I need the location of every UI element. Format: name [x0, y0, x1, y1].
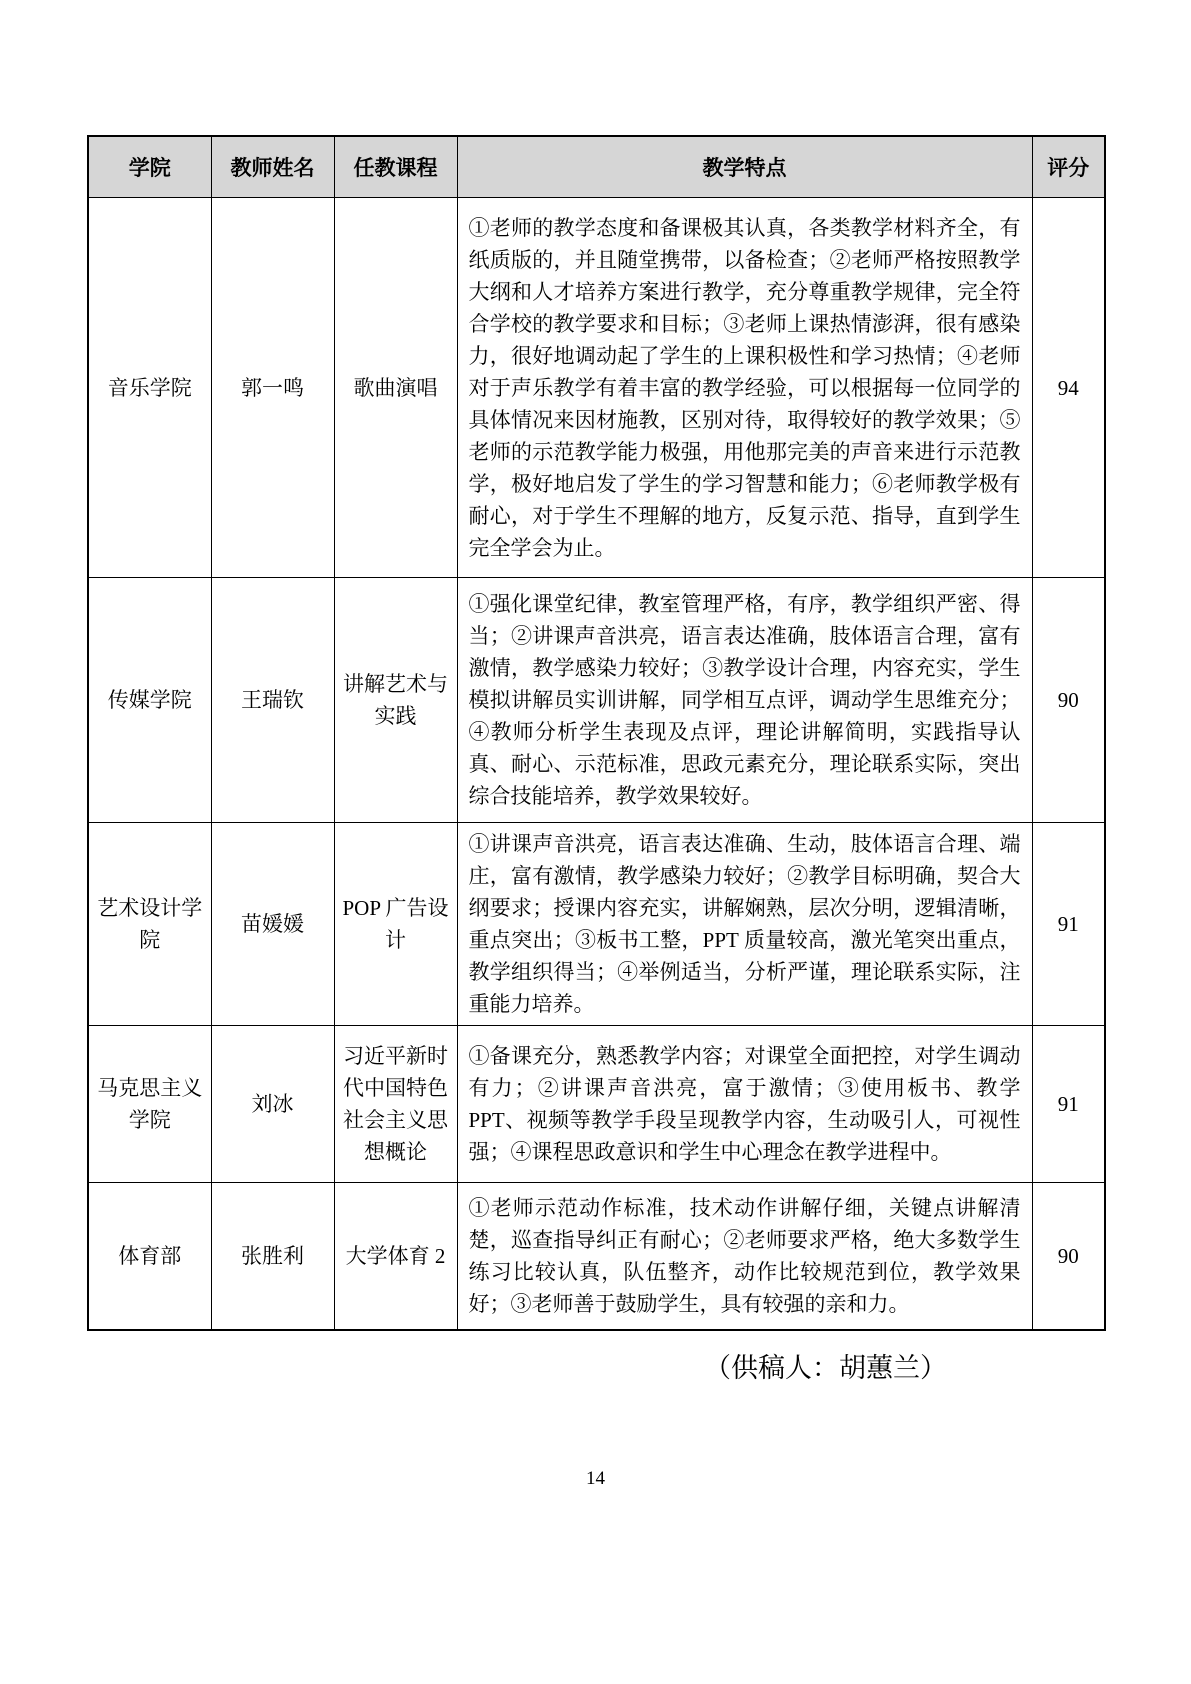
score-cell: 94	[1032, 198, 1105, 578]
college-cell: 马克思主义学院	[88, 1026, 211, 1183]
features-cell: ①强化课堂纪律，教室管理严格，有序，教学组织严密、得当；②讲课声音洪亮，语言表达…	[457, 578, 1032, 823]
features-cell: ①老师的教学态度和备课极其认真，各类教学材料齐全，有纸质版的，并且随堂携带，以备…	[457, 198, 1032, 578]
course-cell: 歌曲演唱	[334, 198, 457, 578]
features-cell: ①讲课声音洪亮，语言表达准确、生动，肢体语言合理、端庄，富有激情，教学感染力较好…	[457, 823, 1032, 1026]
table-row: 马克思主义学院 刘冰 习近平新时代中国特色社会主义思想概论 ①备课充分，熟悉教学…	[88, 1026, 1105, 1183]
teacher-cell: 张胜利	[211, 1183, 334, 1330]
teacher-cell: 苗媛媛	[211, 823, 334, 1026]
document-page: 学院 教师姓名 任教课程 教学特点 评分 音乐学院 郭一鸣 歌曲演唱 ①老师的教…	[0, 0, 1191, 1684]
college-cell: 体育部	[88, 1183, 211, 1330]
table-header-row: 学院 教师姓名 任教课程 教学特点 评分	[88, 136, 1105, 198]
table-row: 体育部 张胜利 大学体育 2 ①老师示范动作标准，技术动作讲解仔细，关键点讲解清…	[88, 1183, 1105, 1330]
table-row: 音乐学院 郭一鸣 歌曲演唱 ①老师的教学态度和备课极其认真，各类教学材料齐全，有…	[88, 198, 1105, 578]
header-college: 学院	[88, 136, 211, 198]
score-cell: 90	[1032, 1183, 1105, 1330]
score-cell: 91	[1032, 823, 1105, 1026]
teacher-cell: 刘冰	[211, 1026, 334, 1183]
page-number: 14	[0, 1468, 1191, 1490]
header-teacher-name: 教师姓名	[211, 136, 334, 198]
course-cell: 习近平新时代中国特色社会主义思想概论	[334, 1026, 457, 1183]
teaching-evaluation-table: 学院 教师姓名 任教课程 教学特点 评分 音乐学院 郭一鸣 歌曲演唱 ①老师的教…	[87, 135, 1106, 1331]
table-row: 艺术设计学院 苗媛媛 POP 广告设计 ①讲课声音洪亮，语言表达准确、生动，肢体…	[88, 823, 1105, 1026]
header-course: 任教课程	[334, 136, 457, 198]
college-cell: 传媒学院	[88, 578, 211, 823]
score-cell: 91	[1032, 1026, 1105, 1183]
contributor-byline: （供稿人：胡蕙兰）	[704, 1350, 947, 1386]
table-row: 传媒学院 王瑞钦 讲解艺术与实践 ①强化课堂纪律，教室管理严格，有序，教学组织严…	[88, 578, 1105, 823]
teacher-cell: 郭一鸣	[211, 198, 334, 578]
college-cell: 音乐学院	[88, 198, 211, 578]
features-cell: ①备课充分，熟悉教学内容；对课堂全面把控，对学生调动有力；②讲课声音洪亮，富于激…	[457, 1026, 1032, 1183]
header-score: 评分	[1032, 136, 1105, 198]
course-cell: POP 广告设计	[334, 823, 457, 1026]
features-cell: ①老师示范动作标准，技术动作讲解仔细，关键点讲解清楚，巡查指导纠正有耐心；②老师…	[457, 1183, 1032, 1330]
teacher-cell: 王瑞钦	[211, 578, 334, 823]
course-cell: 大学体育 2	[334, 1183, 457, 1330]
course-cell: 讲解艺术与实践	[334, 578, 457, 823]
header-teaching-features: 教学特点	[457, 136, 1032, 198]
score-cell: 90	[1032, 578, 1105, 823]
college-cell: 艺术设计学院	[88, 823, 211, 1026]
